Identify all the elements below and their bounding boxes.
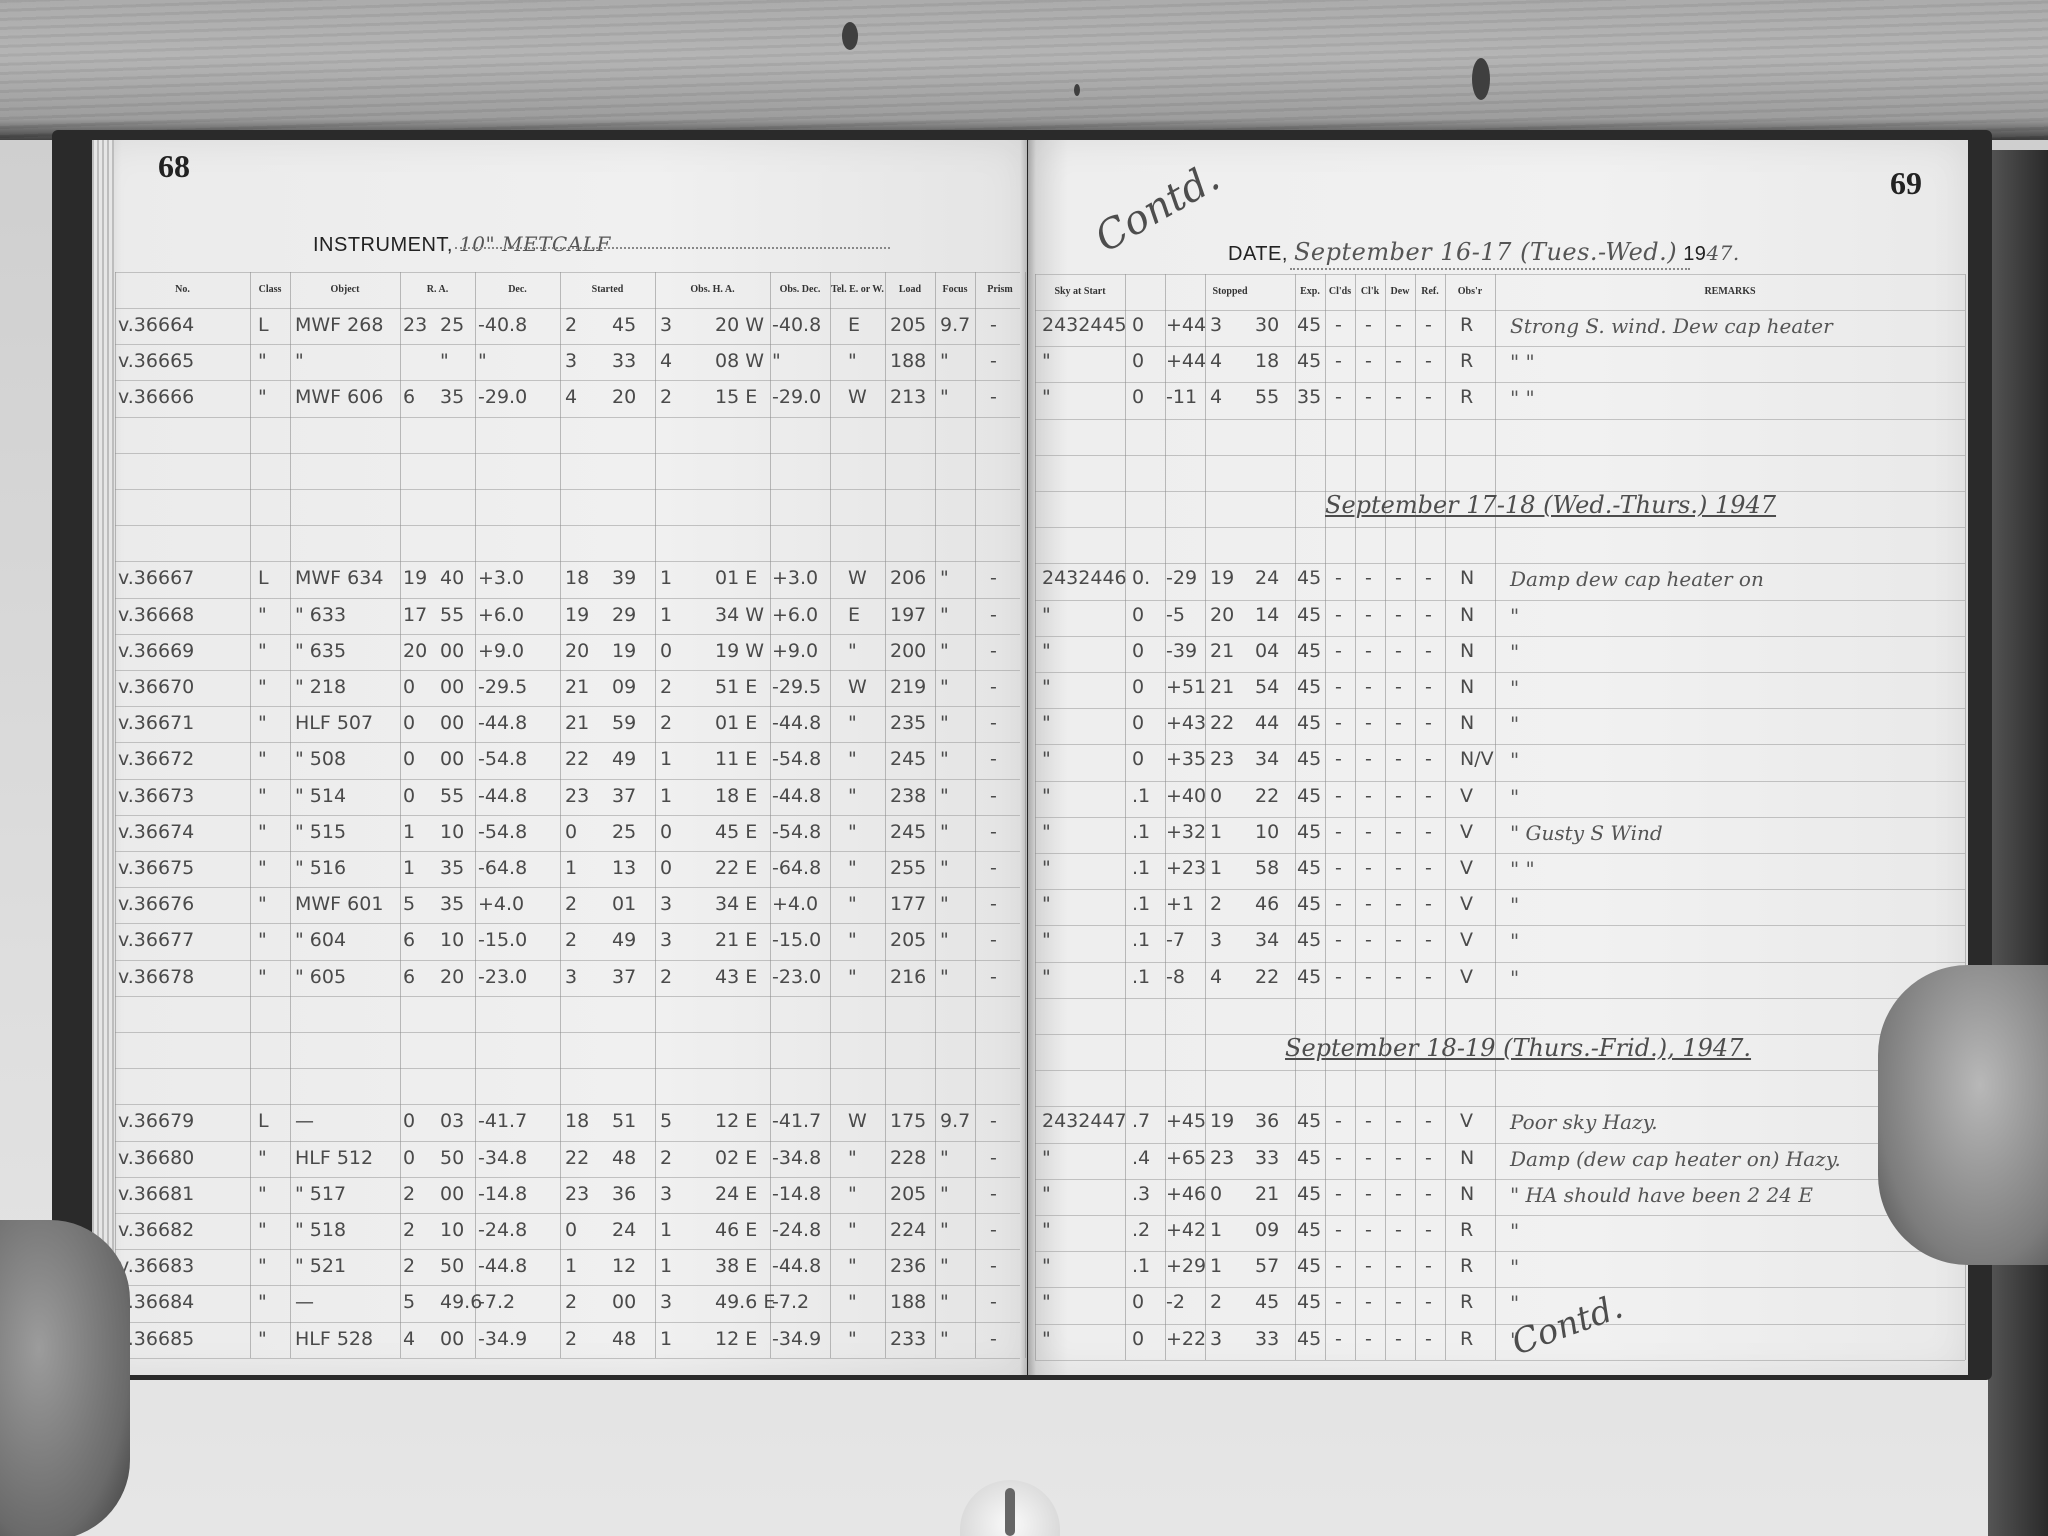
column-header: Cl'k xyxy=(1355,286,1385,297)
row-exp: 45 xyxy=(1297,1291,1321,1313)
row-tel: " xyxy=(848,640,857,662)
row-started-minutes: 37 xyxy=(612,785,636,807)
row-stopped-minutes: 36 xyxy=(1255,1110,1279,1132)
row-class: " xyxy=(258,1219,267,1241)
row-observer: R xyxy=(1460,314,1473,336)
table-row: v.36669"" 6352000+9.02019019 W+9.0"200"-… xyxy=(0,640,2048,676)
row-ra-hours: 5 xyxy=(403,893,415,915)
column-header: R. A. xyxy=(400,284,475,295)
row-ra-minutes: 50 xyxy=(440,1147,464,1169)
row-started-hours: 2 xyxy=(565,1328,577,1350)
row-exp: 45 xyxy=(1297,1110,1321,1132)
row-exp: 45 xyxy=(1297,712,1321,734)
row-observer: R xyxy=(1460,1255,1473,1277)
table-row: v.36666"MWF 606635-29.0420215 E-29.0W213… xyxy=(0,386,2048,422)
row-prism: - xyxy=(990,1255,997,1277)
row-stopped-minutes: 30 xyxy=(1255,314,1279,336)
row-ra-minutes: 10 xyxy=(440,1219,464,1241)
row-ra-minutes: 35 xyxy=(440,857,464,879)
row-sky: " xyxy=(1042,929,1051,951)
row-ha-hours: 0 xyxy=(660,857,672,879)
row-ra-hours: 2 xyxy=(403,1183,415,1205)
row-ra-hours: 0 xyxy=(403,1110,415,1132)
row-exp: 45 xyxy=(1297,314,1321,336)
year-prefix: 19 xyxy=(1683,243,1706,265)
row-started-minutes: 13 xyxy=(612,857,636,879)
table-row: v.36681"" 517200-14.82336324 E-14.8"205"… xyxy=(0,1183,2048,1219)
row-focus: " xyxy=(940,966,949,988)
row-sky: " xyxy=(1042,712,1051,734)
row-focus: " xyxy=(940,604,949,626)
wood-knot xyxy=(1472,58,1490,100)
row-col-a: 0 xyxy=(1132,350,1144,372)
row-tel: " xyxy=(848,1328,857,1350)
row-col-b: -7 xyxy=(1166,929,1185,951)
row-ha-minutes: 19 W xyxy=(715,640,764,662)
row-dec: -7.2 xyxy=(478,1291,515,1313)
row-started-minutes: 48 xyxy=(612,1328,636,1350)
row-ha-hours: 1 xyxy=(660,604,672,626)
row-ra-minutes: 00 xyxy=(440,1183,464,1205)
row-started-minutes: 33 xyxy=(612,350,636,372)
row-started-minutes: 37 xyxy=(612,966,636,988)
row-ha-minutes: 51 E xyxy=(715,676,757,698)
row-load: 200 xyxy=(890,640,926,662)
row-exp: 45 xyxy=(1297,929,1321,951)
row-exp: 45 xyxy=(1297,966,1321,988)
row-ra-hours: 0 xyxy=(403,785,415,807)
row-started-hours: 0 xyxy=(565,1219,577,1241)
row-tel: " xyxy=(848,929,857,951)
row-exp: 45 xyxy=(1297,567,1321,589)
row-clock: - xyxy=(1365,350,1372,372)
row-remark: Damp (dew cap heater on) Hazy. xyxy=(1510,1147,1841,1171)
row-stopped-minutes: 22 xyxy=(1255,966,1279,988)
row-number: v.36682 xyxy=(118,1219,194,1241)
row-dew: - xyxy=(1395,1110,1402,1132)
table-row: v.36678"" 605620-23.0337243 E-23.0"216"-… xyxy=(0,966,2048,1002)
row-ra-minutes: 03 xyxy=(440,1110,464,1132)
row-clouds: - xyxy=(1335,929,1342,951)
table-row: v.36676"MWF 601535+4.0201334 E+4.0"177"-… xyxy=(0,893,2048,929)
row-dew: - xyxy=(1395,712,1402,734)
row-clouds: - xyxy=(1335,640,1342,662)
row-prism: - xyxy=(990,1219,997,1241)
row-focus: " xyxy=(940,640,949,662)
row-prism: - xyxy=(990,857,997,879)
row-object: " 604 xyxy=(295,929,346,951)
row-ha-minutes: 01 E xyxy=(715,567,757,589)
section-heading: September 18-19 (Thurs.-Frid.), 1947. xyxy=(1285,1034,1751,1062)
row-ra-hours: 6 xyxy=(403,966,415,988)
row-ha-hours: 1 xyxy=(660,1255,672,1277)
row-clock: - xyxy=(1365,386,1372,408)
row-number: v.36667 xyxy=(118,567,194,589)
row-exp: 45 xyxy=(1297,893,1321,915)
row-exp: 45 xyxy=(1297,604,1321,626)
row-ha-hours: 1 xyxy=(660,1328,672,1350)
row-clouds: - xyxy=(1335,748,1342,770)
row-col-b: -29 xyxy=(1166,567,1197,589)
row-ra-minutes: 55 xyxy=(440,604,464,626)
row-ra-hours: 23 xyxy=(403,314,427,336)
row-col-a: 0. xyxy=(1132,567,1150,589)
row-observer: R xyxy=(1460,1291,1473,1313)
row-ha-minutes: 11 E xyxy=(715,748,757,770)
row-ra-hours: 0 xyxy=(403,712,415,734)
row-object: HLF 528 xyxy=(295,1328,373,1350)
row-load: 177 xyxy=(890,893,926,915)
row-ha-minutes: 21 E xyxy=(715,929,757,951)
row-class: " xyxy=(258,386,267,408)
row-ha-minutes: 38 E xyxy=(715,1255,757,1277)
row-class: " xyxy=(258,1183,267,1205)
row-stopped-hours: 0 xyxy=(1210,785,1222,807)
row-object: — xyxy=(295,1291,314,1313)
row-started-minutes: 19 xyxy=(612,640,636,662)
row-observer: R xyxy=(1460,350,1473,372)
row-prism: - xyxy=(990,676,997,698)
row-col-b: +44 xyxy=(1166,314,1206,336)
row-clouds: - xyxy=(1335,785,1342,807)
row-ha-minutes: 02 E xyxy=(715,1147,757,1169)
row-stopped-hours: 1 xyxy=(1210,1219,1222,1241)
row-dec: +4.0 xyxy=(478,893,524,915)
row-ref: - xyxy=(1425,748,1432,770)
row-focus: 9.7 xyxy=(940,314,970,336)
row-remark: " xyxy=(1510,748,1519,772)
row-ha-minutes: 20 W xyxy=(715,314,764,336)
row-clock: - xyxy=(1365,1328,1372,1350)
row-number: v.36679 xyxy=(118,1110,194,1132)
table-row: v.36665""""333408 W""188"-"0+4441845----… xyxy=(0,350,2048,386)
row-focus: " xyxy=(940,857,949,879)
row-tel: " xyxy=(848,748,857,770)
ruled-line xyxy=(1035,563,1965,564)
row-stopped-minutes: 34 xyxy=(1255,929,1279,951)
row-remark: " " xyxy=(1510,386,1535,410)
row-ha-hours: 3 xyxy=(660,1291,672,1313)
row-ra-hours: 20 xyxy=(403,640,427,662)
row-class: L xyxy=(258,567,269,589)
row-object: " 514 xyxy=(295,785,346,807)
row-remark: " xyxy=(1510,966,1519,990)
row-observer: N xyxy=(1460,1147,1474,1169)
row-class: " xyxy=(258,604,267,626)
row-dew: - xyxy=(1395,1255,1402,1277)
row-dec: -14.8 xyxy=(478,1183,527,1205)
row-col-a: .3 xyxy=(1132,1183,1150,1205)
row-stopped-minutes: 21 xyxy=(1255,1183,1279,1205)
row-tel: W xyxy=(848,567,867,589)
ruled-line xyxy=(1035,455,1965,456)
date-label-text: DATE, xyxy=(1228,243,1288,265)
row-object: MWF 601 xyxy=(295,893,383,915)
row-load: 197 xyxy=(890,604,926,626)
row-ref: - xyxy=(1425,604,1432,626)
column-header: Focus xyxy=(935,284,975,295)
row-ha-hours: 0 xyxy=(660,821,672,843)
row-started-minutes: 29 xyxy=(612,604,636,626)
row-object: " 635 xyxy=(295,640,346,662)
row-dew: - xyxy=(1395,785,1402,807)
row-col-b: +29 xyxy=(1166,1255,1206,1277)
row-ha-minutes: 49.6 E xyxy=(715,1291,775,1313)
row-col-b: +42 xyxy=(1166,1219,1206,1241)
row-number: v.36683 xyxy=(118,1255,194,1277)
row-ra-minutes: 25 xyxy=(440,314,464,336)
row-ha-hours: 3 xyxy=(660,929,672,951)
row-clouds: - xyxy=(1335,966,1342,988)
row-col-a: .2 xyxy=(1132,1219,1150,1241)
row-clock: - xyxy=(1365,1110,1372,1132)
row-stopped-minutes: 24 xyxy=(1255,567,1279,589)
row-clock: - xyxy=(1365,604,1372,626)
row-ref: - xyxy=(1425,821,1432,843)
row-clouds: - xyxy=(1335,1219,1342,1241)
row-prism: - xyxy=(990,785,997,807)
row-tel: " xyxy=(848,821,857,843)
row-ra-minutes: 40 xyxy=(440,567,464,589)
row-focus: " xyxy=(940,785,949,807)
row-ha-minutes: 22 E xyxy=(715,857,757,879)
row-clouds: - xyxy=(1335,350,1342,372)
row-class: L xyxy=(258,314,269,336)
row-col-b: +32 xyxy=(1166,821,1206,843)
row-focus: " xyxy=(940,712,949,734)
row-sky: " xyxy=(1042,1291,1051,1313)
row-clock: - xyxy=(1365,712,1372,734)
row-number: v.36672 xyxy=(118,748,194,770)
row-ref: - xyxy=(1425,1328,1432,1350)
row-clock: - xyxy=(1365,676,1372,698)
row-number: v.36664 xyxy=(118,314,194,336)
row-number: v.36680 xyxy=(118,1147,194,1169)
row-obs-dec: " xyxy=(772,350,781,372)
date-dotted-line xyxy=(1290,268,1690,270)
row-stopped-hours: 1 xyxy=(1210,857,1222,879)
row-col-a: 0 xyxy=(1132,1291,1144,1313)
row-ra-minutes: " xyxy=(440,350,449,372)
row-started-minutes: 49 xyxy=(612,748,636,770)
row-ref: - xyxy=(1425,785,1432,807)
row-sky: " xyxy=(1042,966,1051,988)
row-ha-hours: 3 xyxy=(660,314,672,336)
row-tel: " xyxy=(848,1219,857,1241)
row-clouds: - xyxy=(1335,893,1342,915)
row-col-a: .1 xyxy=(1132,821,1150,843)
row-ha-minutes: 12 E xyxy=(715,1110,757,1132)
row-object: HLF 507 xyxy=(295,712,373,734)
column-header: REMARKS xyxy=(1495,286,1965,297)
row-started-minutes: 25 xyxy=(612,821,636,843)
row-clock: - xyxy=(1365,567,1372,589)
row-sky: " xyxy=(1042,1147,1051,1169)
row-number: v.36676 xyxy=(118,893,194,915)
row-clouds: - xyxy=(1335,676,1342,698)
row-class: " xyxy=(258,712,267,734)
row-exp: 45 xyxy=(1297,785,1321,807)
row-remark: " xyxy=(1510,893,1519,917)
row-observer: R xyxy=(1460,386,1473,408)
row-obs-dec: +4.0 xyxy=(772,893,818,915)
row-load: 235 xyxy=(890,712,926,734)
row-stopped-minutes: 10 xyxy=(1255,821,1279,843)
column-header: No. xyxy=(115,284,250,295)
row-ha-hours: 1 xyxy=(660,748,672,770)
row-ha-minutes: 34 W xyxy=(715,604,764,626)
row-obs-dec: -54.8 xyxy=(772,821,821,843)
row-exp: 45 xyxy=(1297,1328,1321,1350)
row-observer: N xyxy=(1460,640,1474,662)
row-exp: 45 xyxy=(1297,1219,1321,1241)
row-stopped-minutes: 04 xyxy=(1255,640,1279,662)
row-obs-dec: -15.0 xyxy=(772,929,821,951)
row-col-a: .1 xyxy=(1132,893,1150,915)
row-started-hours: 18 xyxy=(565,1110,589,1132)
row-sky: 2432445 xyxy=(1042,314,1127,336)
row-stopped-minutes: 58 xyxy=(1255,857,1279,879)
row-obs-dec: -24.8 xyxy=(772,1219,821,1241)
row-col-b: -11 xyxy=(1166,386,1197,408)
row-stopped-minutes: 55 xyxy=(1255,386,1279,408)
row-observer: V xyxy=(1460,1110,1473,1132)
row-tel: W xyxy=(848,676,867,698)
row-ra-hours: 1 xyxy=(403,857,415,879)
row-clouds: - xyxy=(1335,1328,1342,1350)
column-header: Sky at Start xyxy=(1035,286,1125,297)
row-remark: " " xyxy=(1510,857,1535,881)
row-dew: - xyxy=(1395,748,1402,770)
row-ha-hours: 2 xyxy=(660,1147,672,1169)
row-stopped-hours: 23 xyxy=(1210,1147,1234,1169)
row-class: " xyxy=(258,350,267,372)
row-dew: - xyxy=(1395,1219,1402,1241)
row-load: 205 xyxy=(890,314,926,336)
row-col-a: 0 xyxy=(1132,1328,1144,1350)
row-sky: " xyxy=(1042,350,1051,372)
right-page-number: 69 xyxy=(1890,165,1922,202)
row-load: 255 xyxy=(890,857,926,879)
row-dec: -34.8 xyxy=(478,1147,527,1169)
row-dec: -24.8 xyxy=(478,1219,527,1241)
row-class: " xyxy=(258,893,267,915)
row-col-b: +35 xyxy=(1166,748,1206,770)
row-tel: " xyxy=(848,785,857,807)
row-stopped-minutes: 57 xyxy=(1255,1255,1279,1277)
row-ra-minutes: 35 xyxy=(440,386,464,408)
row-ra-hours: 17 xyxy=(403,604,427,626)
row-observer: N/V xyxy=(1460,748,1494,770)
column-header: Exp. xyxy=(1295,286,1325,297)
row-col-b: -39 xyxy=(1166,640,1197,662)
row-prism: - xyxy=(990,567,997,589)
row-ra-hours: 1 xyxy=(403,821,415,843)
row-dew: - xyxy=(1395,893,1402,915)
row-tel: " xyxy=(848,350,857,372)
table-row: v.36668"" 6331755+6.01929134 W+6.0E197"-… xyxy=(0,604,2048,640)
row-clouds: - xyxy=(1335,604,1342,626)
row-tel: " xyxy=(848,1147,857,1169)
row-clouds: - xyxy=(1335,1110,1342,1132)
row-stopped-hours: 3 xyxy=(1210,929,1222,951)
row-ra-minutes: 10 xyxy=(440,929,464,951)
row-tel: " xyxy=(848,857,857,879)
row-clock: - xyxy=(1365,966,1372,988)
row-remark: " xyxy=(1510,712,1519,736)
row-load: 219 xyxy=(890,676,926,698)
row-started-minutes: 51 xyxy=(612,1110,636,1132)
row-load: 213 xyxy=(890,386,926,408)
row-load: 245 xyxy=(890,748,926,770)
column-header: Obs'r xyxy=(1445,286,1495,297)
wooden-beam xyxy=(0,0,2048,140)
row-ra-minutes: 10 xyxy=(440,821,464,843)
row-prism: - xyxy=(990,640,997,662)
row-obs-dec: -44.8 xyxy=(772,712,821,734)
table-row: v.36672"" 508000-54.82249111 E-54.8"245"… xyxy=(0,748,2048,784)
row-focus: " xyxy=(940,386,949,408)
row-obs-dec: -40.8 xyxy=(772,314,821,336)
row-started-hours: 0 xyxy=(565,821,577,843)
row-exp: 45 xyxy=(1297,350,1321,372)
row-sky: 2432447 xyxy=(1042,1110,1127,1132)
row-stopped-hours: 20 xyxy=(1210,604,1234,626)
row-prism: - xyxy=(990,386,997,408)
row-obs-dec: -44.8 xyxy=(772,785,821,807)
row-ha-minutes: 46 E xyxy=(715,1219,757,1241)
row-exp: 45 xyxy=(1297,640,1321,662)
row-started-minutes: 39 xyxy=(612,567,636,589)
row-object: " 521 xyxy=(295,1255,346,1277)
row-col-b: +44 xyxy=(1166,350,1206,372)
row-object: MWF 606 xyxy=(295,386,383,408)
instrument-label-text: INSTRUMENT, xyxy=(313,234,453,256)
row-dec: -44.8 xyxy=(478,712,527,734)
row-prism: - xyxy=(990,966,997,988)
row-object: — xyxy=(295,1110,314,1132)
row-observer: R xyxy=(1460,1219,1473,1241)
row-col-a: 0 xyxy=(1132,604,1144,626)
row-col-a: 0 xyxy=(1132,314,1144,336)
row-started-minutes: 49 xyxy=(612,929,636,951)
row-dec: -64.8 xyxy=(478,857,527,879)
column-header: Cl'ds xyxy=(1325,286,1355,297)
row-stopped-minutes: 18 xyxy=(1255,350,1279,372)
row-ha-minutes: 08 W xyxy=(715,350,764,372)
row-clock: - xyxy=(1365,857,1372,879)
row-ref: - xyxy=(1425,857,1432,879)
row-clouds: - xyxy=(1335,1147,1342,1169)
row-started-hours: 2 xyxy=(565,893,577,915)
row-object: HLF 512 xyxy=(295,1147,373,1169)
row-remark: " xyxy=(1510,929,1519,953)
row-dew: - xyxy=(1395,1183,1402,1205)
row-clouds: - xyxy=(1335,857,1342,879)
row-ref: - xyxy=(1425,929,1432,951)
row-ref: - xyxy=(1425,386,1432,408)
row-remark: " xyxy=(1510,1255,1519,1279)
row-exp: 45 xyxy=(1297,1147,1321,1169)
row-remark: Strong S. wind. Dew cap heater xyxy=(1510,314,1833,338)
row-tel: " xyxy=(848,966,857,988)
row-focus: " xyxy=(940,1219,949,1241)
row-observer: N xyxy=(1460,604,1474,626)
column-header: Load xyxy=(885,284,935,295)
row-focus: " xyxy=(940,1328,949,1350)
row-ra-minutes: 00 xyxy=(440,712,464,734)
table-row: v.36664LMWF 2682325-40.8245320 W-40.8E20… xyxy=(0,314,2048,350)
